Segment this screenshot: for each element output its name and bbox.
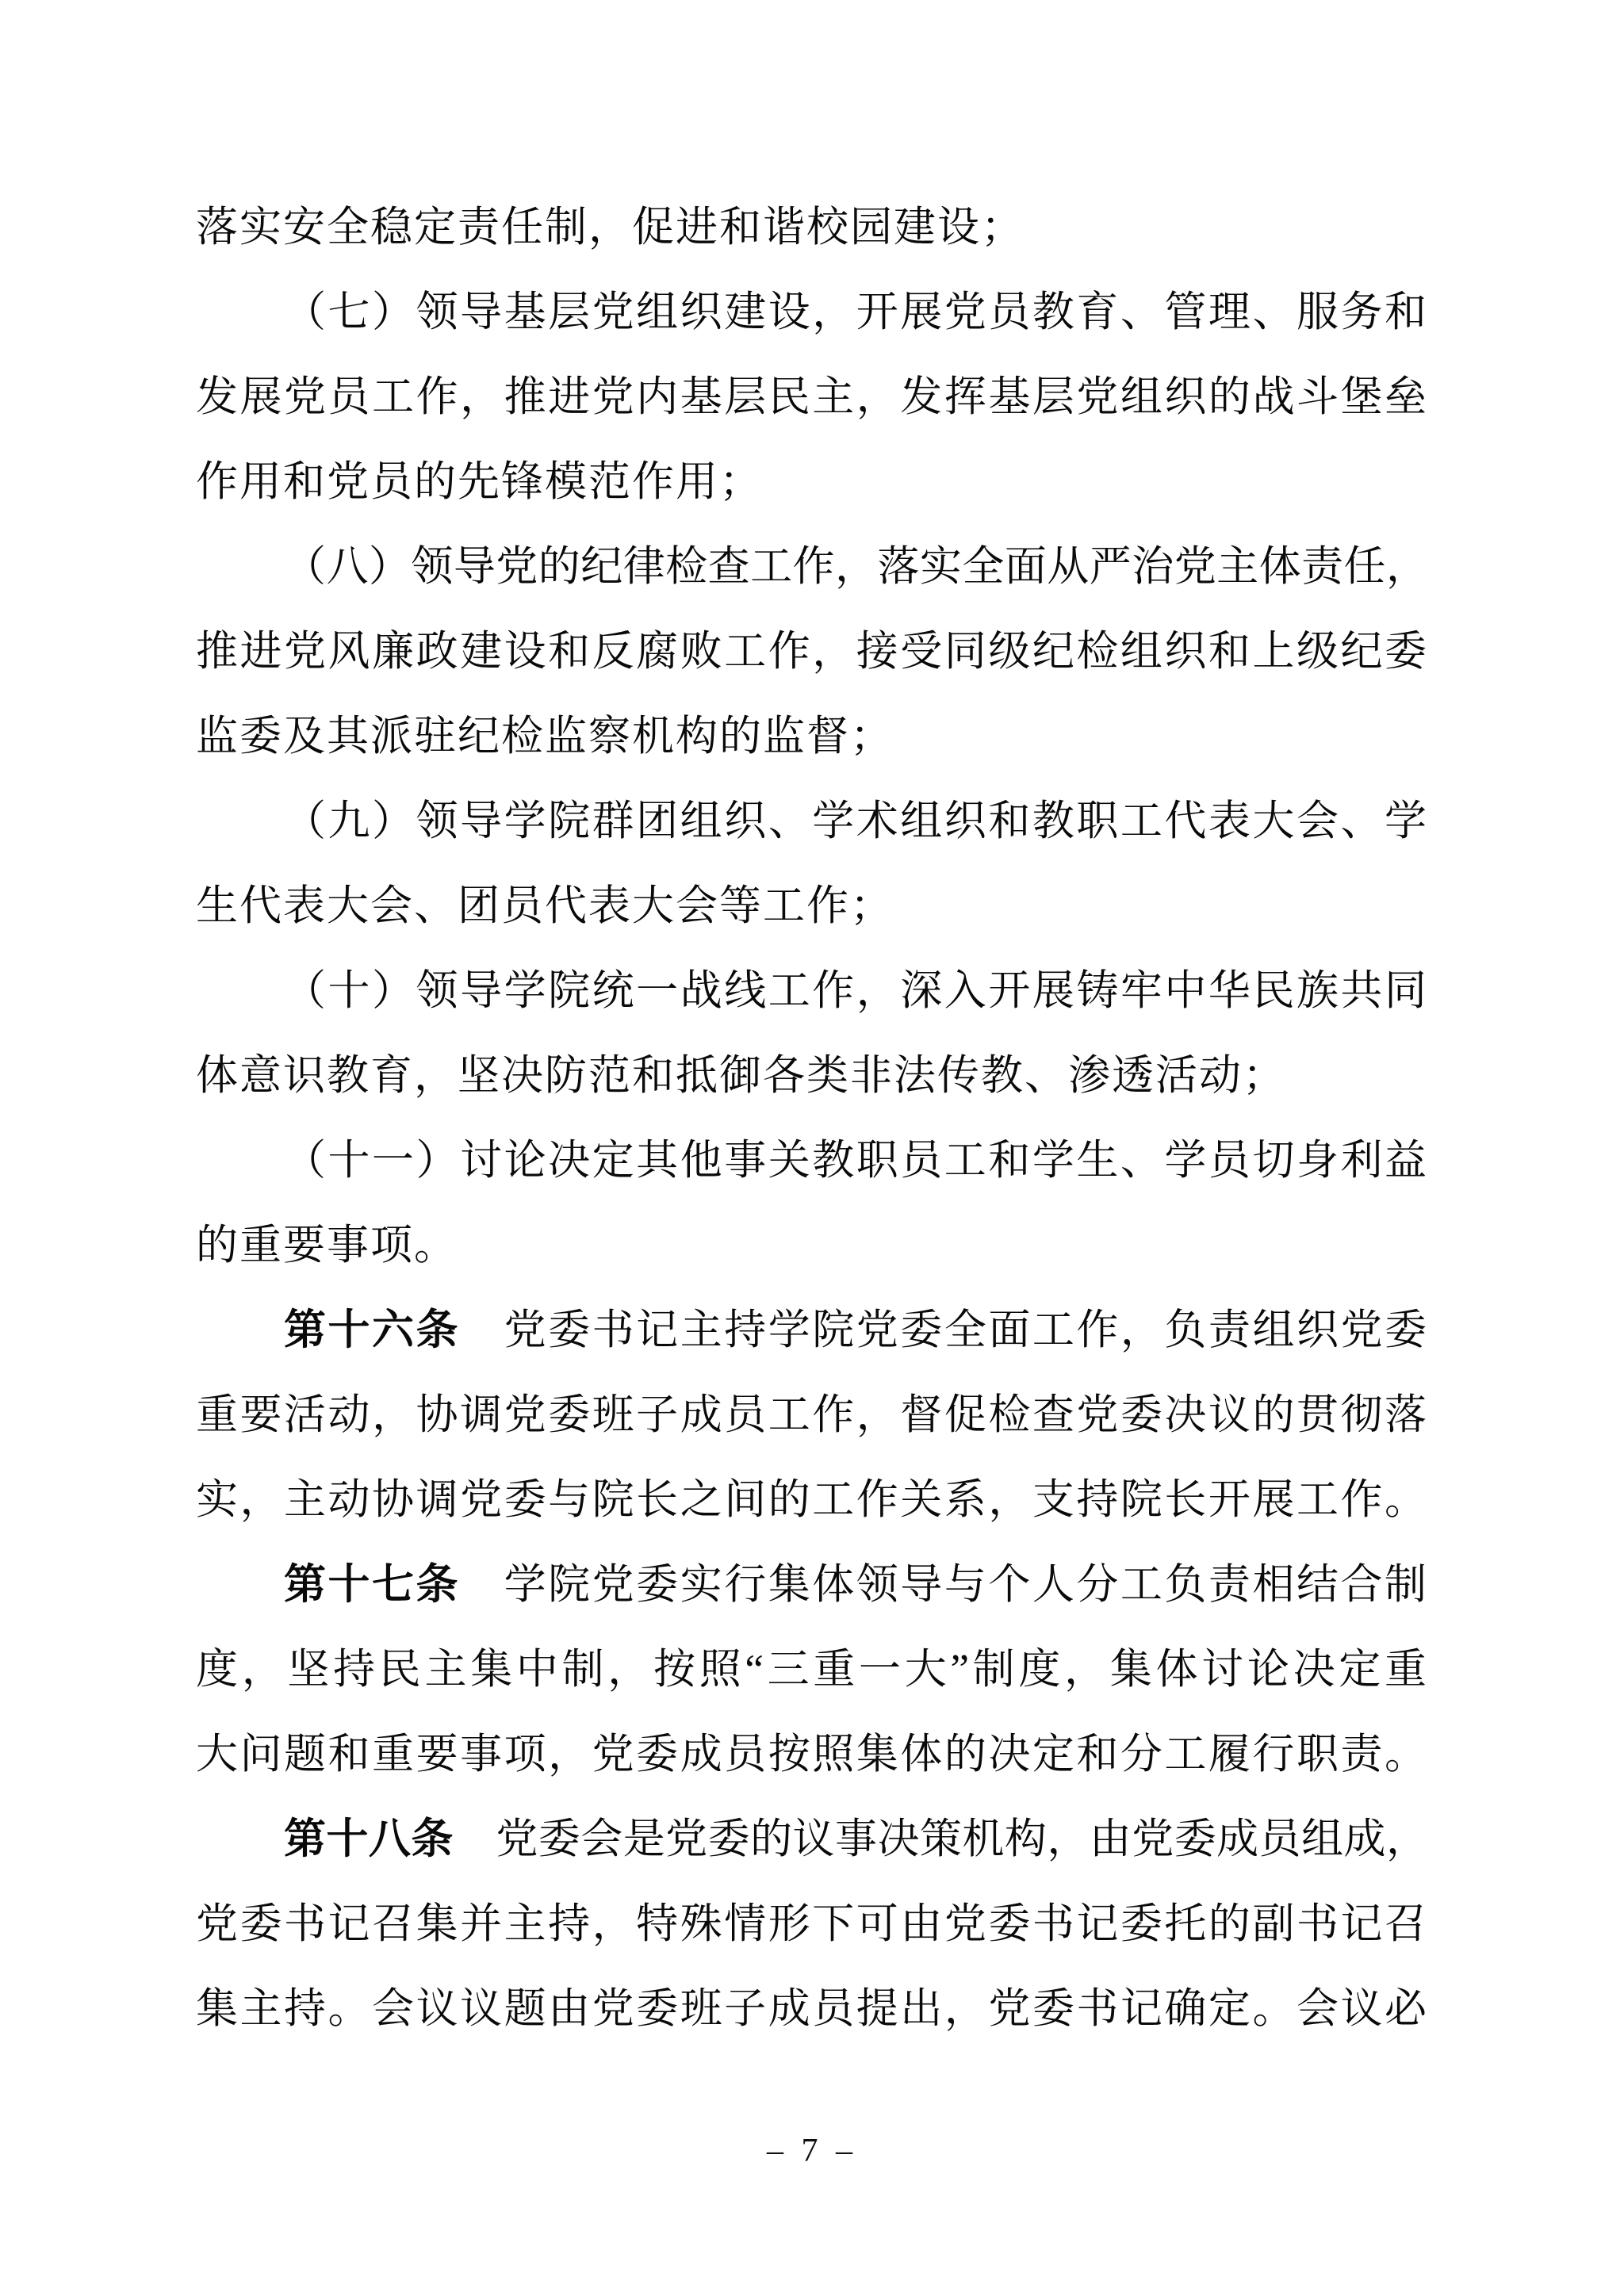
text-run: 大问题和重要事项，党委成员按照集体的决定和分工履行职责。 <box>196 1732 1428 1777</box>
text-line: 生代表大会、团员代表大会等工作； <box>196 864 1428 949</box>
text-run: 发展党员工作，推进党内基层民主，发挥基层党组织的战斗堡垒 <box>196 374 1428 420</box>
text-line: 实，主动协调党委与院长之间的工作关系，支持院长开展工作。 <box>196 1458 1428 1543</box>
text-run: （八）领导党的纪律检查工作，落实全面从严治党主体责任， <box>284 544 1428 590</box>
text-line: 监委及其派驻纪检监察机构的监督； <box>196 695 1428 779</box>
text-run: 学院党委实行集体领导与个人分工负责相结合制 <box>460 1562 1428 1608</box>
article-number: 第十六条 <box>284 1307 460 1353</box>
text-run: （十）领导学院统一战线工作，深入开展铸牢中华民族共同 <box>284 968 1428 1014</box>
text-line: 重要活动，协调党委班子成员工作，督促检查党委决议的贯彻落 <box>196 1373 1428 1458</box>
text-run: 作用和党员的先锋模范作用； <box>196 459 763 505</box>
text-run: 度，坚持民主集中制，按照“三重一大”制度，集体讨论决定重 <box>196 1647 1428 1693</box>
text-run: 推进党风廉政建设和反腐败工作，接受同级纪检组织和上级纪委 <box>196 629 1428 675</box>
text-line: 发展党员工作，推进党内基层民主，发挥基层党组织的战斗堡垒 <box>196 355 1428 440</box>
text-line: 第十七条 学院党委实行集体领导与个人分工负责相结合制 <box>196 1543 1428 1628</box>
text-run: （七）领导基层党组织建设，开展党员教育、管理、服务和 <box>284 289 1428 335</box>
text-run: 党委会是党委的议事决策机构，由党委成员组成， <box>454 1816 1428 1862</box>
text-line: 集主持。会议议题由党委班子成员提出，党委书记确定。会议必 <box>196 1967 1428 2052</box>
text-run: 监委及其派驻纪检监察机构的监督； <box>196 714 894 760</box>
text-run: 体意识教育，坚决防范和抵御各类非法传教、渗透活动； <box>196 1053 1286 1099</box>
text-line: 体意识教育，坚决防范和抵御各类非法传教、渗透活动； <box>196 1034 1428 1119</box>
text-run: 落实安全稳定责任制，促进和谐校园建设； <box>196 205 1025 251</box>
text-line: （十一）讨论决定其他事关教职员工和学生、学员切身利益 <box>196 1119 1428 1203</box>
text-line: 党委书记召集并主持，特殊情形下可由党委书记委托的副书记召 <box>196 1882 1428 1967</box>
text-line: （七）领导基层党组织建设，开展党员教育、管理、服务和 <box>196 270 1428 355</box>
text-run: 实，主动协调党委与院长之间的工作关系，支持院长开展工作。 <box>196 1477 1428 1523</box>
text-line: 作用和党员的先锋模范作用； <box>196 440 1428 525</box>
document-body: 落实安全稳定责任制，促进和谐校园建设；（七）领导基层党组织建设，开展党员教育、管… <box>196 186 1428 2052</box>
document-page: 落实安全稳定责任制，促进和谐校园建设；（七）领导基层党组织建设，开展党员教育、管… <box>0 0 1624 2296</box>
text-line: 落实安全稳定责任制，促进和谐校园建设； <box>196 186 1428 270</box>
text-line: 度，坚持民主集中制，按照“三重一大”制度，集体讨论决定重 <box>196 1628 1428 1712</box>
text-line: （十）领导学院统一战线工作，深入开展铸牢中华民族共同 <box>196 949 1428 1034</box>
article-number: 第十八条 <box>284 1816 454 1862</box>
page-number: – 7 – <box>0 2131 1624 2171</box>
text-run: 的重要事项。 <box>196 1223 458 1269</box>
text-run: （九）领导学院群团组织、学术组织和教职工代表大会、学 <box>284 798 1428 844</box>
text-run: 重要活动，协调党委班子成员工作，督促检查党委决议的贯彻落 <box>196 1392 1428 1438</box>
text-line: 第十六条 党委书记主持学院党委全面工作，负责组织党委 <box>196 1288 1428 1373</box>
text-line: 第十八条 党委会是党委的议事决策机构，由党委成员组成， <box>196 1797 1428 1882</box>
article-number: 第十七条 <box>284 1562 460 1608</box>
text-line: 的重要事项。 <box>196 1203 1428 1288</box>
text-run: 党委书记召集并主持，特殊情形下可由党委书记委托的副书记召 <box>196 1901 1428 1947</box>
text-run: 党委书记主持学院党委全面工作，负责组织党委 <box>460 1307 1428 1353</box>
text-run: 集主持。会议议题由党委班子成员提出，党委书记确定。会议必 <box>196 1986 1428 2032</box>
text-run: （十一）讨论决定其他事关教职员工和学生、学员切身利益 <box>284 1138 1428 1184</box>
text-line: 推进党风廉政建设和反腐败工作，接受同级纪检组织和上级纪委 <box>196 610 1428 695</box>
text-line: （九）领导学院群团组织、学术组织和教职工代表大会、学 <box>196 779 1428 864</box>
text-run: 生代表大会、团员代表大会等工作； <box>196 883 894 929</box>
text-line: 大问题和重要事项，党委成员按照集体的决定和分工履行职责。 <box>196 1712 1428 1797</box>
text-line: （八）领导党的纪律检查工作，落实全面从严治党主体责任， <box>196 525 1428 610</box>
